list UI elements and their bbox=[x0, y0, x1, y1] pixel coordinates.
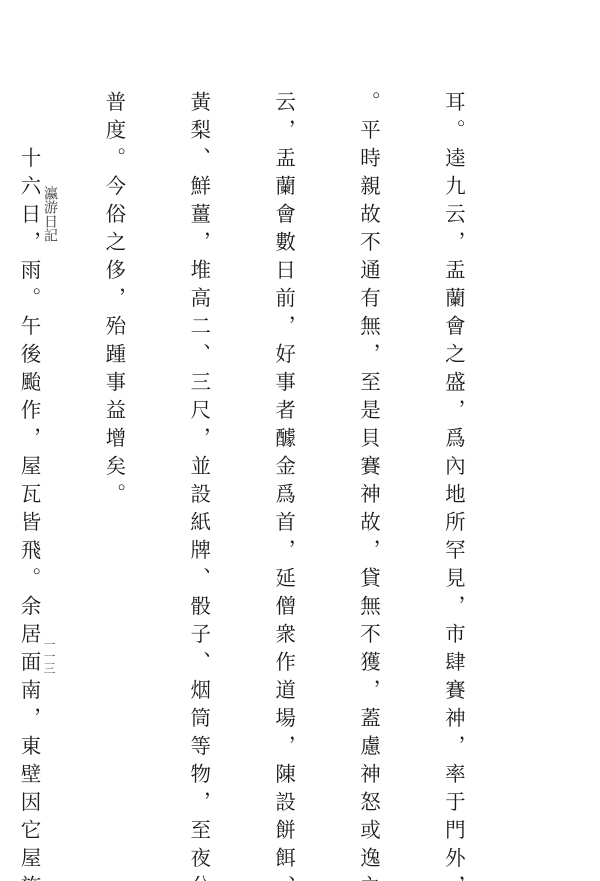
text-line: 普度。今俗之侈，殆踵事益增矣。 bbox=[100, 91, 128, 831]
text-line: 十六日，雨。午後颱作，屋瓦皆飛。余居面南，東壁因它屋施極，杇鏝不工，水下 bbox=[15, 91, 43, 831]
book-page: 瀛游日記 一一三 耳。逵九云，盂蘭會之盛，爲內地所罕見，市肆賽神，率于門外，珍錯… bbox=[0, 0, 600, 881]
vertical-body-text: 耳。逵九云，盂蘭會之盛，爲內地所罕見，市肆賽神，率于門外，珍錯酒果，鬪靡無節 。… bbox=[70, 91, 524, 831]
text-line: 耳。逵九云，盂蘭會之盛，爲內地所罕見，市肆賽神，率于門外，珍錯酒果，鬪靡無節 bbox=[439, 91, 467, 831]
text-line: 。平時親故不通有無，至是貝賽神故，貸無不獲，蓋慮神怒或逸之殃也。余按赤嵌筆談 bbox=[354, 91, 382, 831]
text-line: 黃梨、鮮薑，堆高二、三尺，並設紙牌、骰子、烟筒等物，至夜分同爨飯施餤口，謂之 bbox=[184, 91, 212, 831]
text-line: 云，盂蘭會數日前，好事者醵金爲首，延僧衆作道場，陳設餅餌、香櫞、橘子、蕉果、 bbox=[269, 91, 297, 831]
